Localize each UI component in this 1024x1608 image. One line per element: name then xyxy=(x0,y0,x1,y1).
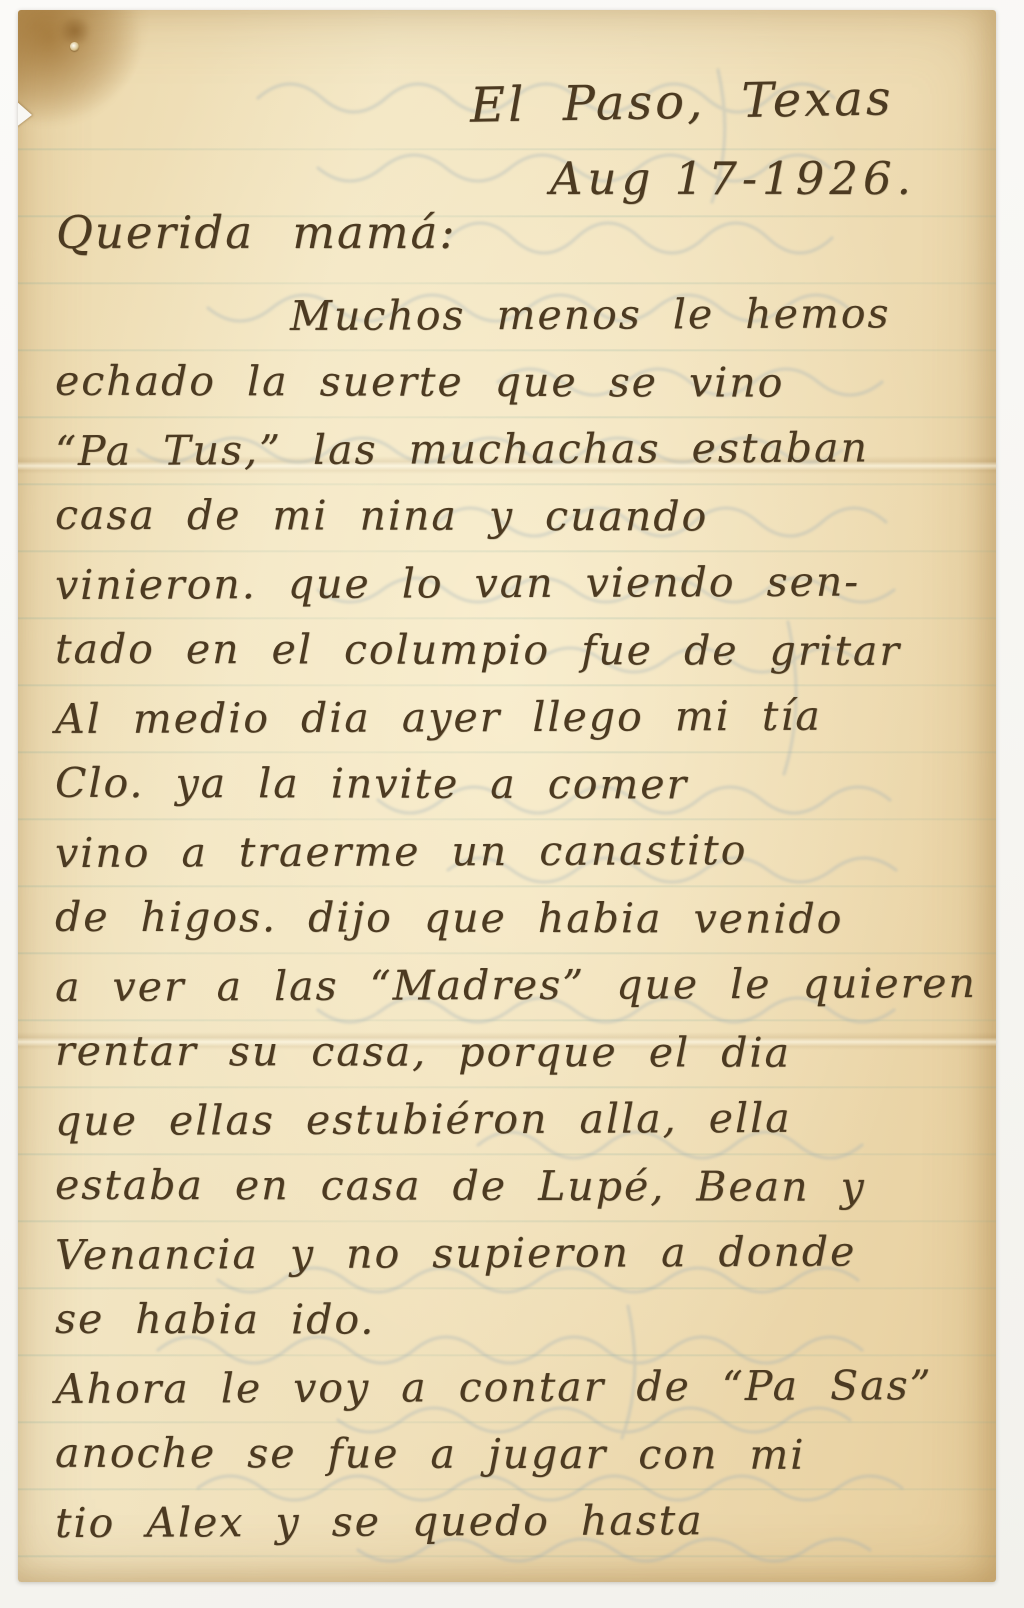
letter-line: que ellas estubiéron alla, ella xyxy=(55,1084,996,1155)
letter-line: Ahora le voy a contar de “Pa Sas” xyxy=(55,1352,996,1423)
letter-line: Al medio dia ayer llego mi tía xyxy=(55,682,996,753)
scan-background: El Paso, Texas Aug 17-1926. Querida mamá… xyxy=(0,0,1024,1608)
letter-salutation: Querida mamá: xyxy=(56,206,457,259)
letter-line: casa de mi nina y cuando xyxy=(55,482,996,551)
letter-content: El Paso, Texas Aug 17-1926. Querida mamá… xyxy=(18,10,996,1582)
letter-place: El Paso, Texas xyxy=(470,70,894,133)
letter-paper: El Paso, Texas Aug 17-1926. Querida mamá… xyxy=(18,10,996,1582)
letter-line: Muchos menos le hemos xyxy=(55,280,996,351)
letter-line: Clo. ya la invite a comer xyxy=(55,750,996,819)
letter-line: vinieron. que lo van viendo sen- xyxy=(55,548,996,619)
letter-line: a ver a las “Madres” que le quieren xyxy=(55,950,996,1021)
letter-line: de higos. dijo que habia venido xyxy=(55,884,996,953)
letter-line: Venancia y no supieron a donde xyxy=(55,1218,996,1289)
letter-line: anoche se fue a jugar con mi xyxy=(55,1420,996,1489)
letter-line: tio Alex y se quedo hasta xyxy=(55,1486,996,1557)
letter-line: estaba en casa de Lupé, Bean y xyxy=(55,1152,996,1221)
letter-line: echado la suerte que se vino xyxy=(55,348,996,417)
letter-line: “Pa Tus,” las muchachas estaban xyxy=(55,414,996,485)
letter-line: tado en el columpio fue de gritar xyxy=(55,616,996,685)
letter-line: se habia ido. xyxy=(55,1286,996,1355)
letter-line: rentar su casa, porque el dia xyxy=(55,1018,996,1087)
letter-body: Muchos menos le hemos echado la suerte q… xyxy=(55,282,996,1555)
letter-date: Aug 17-1926. xyxy=(550,152,916,205)
letter-line: vino a traerme un canastito xyxy=(55,816,996,887)
